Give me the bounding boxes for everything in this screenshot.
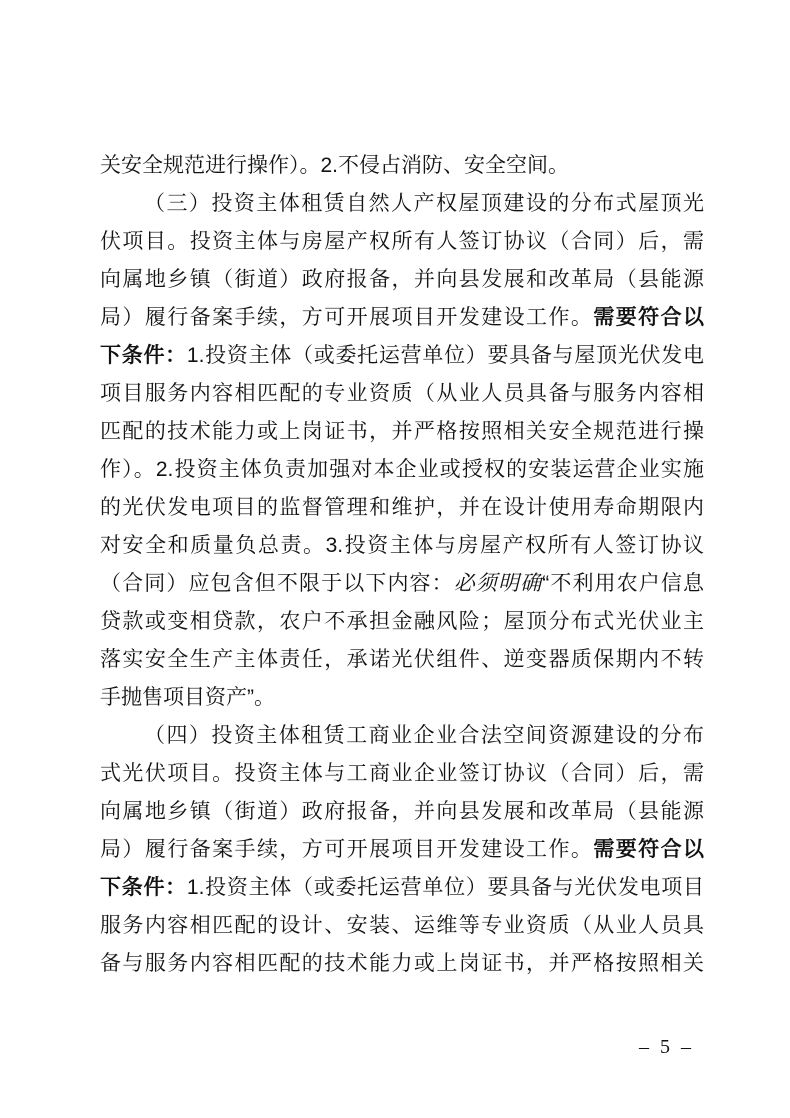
text-line: 服务内容相匹配的设计、安装、运维等专业资质（从业人员具 (100, 907, 704, 945)
text-line: 匹配的技术能力或上岗证书，并严格按照相关安全规范进行操 (100, 413, 704, 451)
page-number: – 5 – (639, 1036, 694, 1059)
text-segment: 1.投资主体（或委托运营单位）要具备与屋顶光伏发电 (187, 344, 704, 367)
text-segment: 式光伏项目。投资主体与工商业企业签订协议（合同）后，需 (100, 762, 704, 785)
text-segment: “不利用农户信息 (542, 572, 704, 595)
text-segment: 1.投资主体（或委托运营单位）要具备与光伏发电项目 (187, 876, 704, 899)
text-line: 向属地乡镇（街道）政府报备，并向县发展和改革局（县能源 (100, 793, 704, 831)
text-segment: 向属地乡镇（街道）政府报备，并向县发展和改革局（县能源 (100, 800, 704, 823)
text-line: 局）履行备案手续，方可开展项目开发建设工作。需要符合以 (100, 831, 704, 869)
text-line: （合同）应包含但不限于以下内容：必须明确“不利用农户信息 (100, 565, 704, 603)
text-segment: 项目服务内容相匹配的专业资质（从业人员具备与服务内容相 (100, 382, 704, 405)
text-segment: 对安全和质量负总责。3.投资主体与房屋产权所有人签订协议 (100, 534, 704, 557)
text-line: 对安全和质量负总责。3.投资主体与房屋产权所有人签订协议 (100, 527, 704, 565)
text-segment: 局）履行备案手续，方可开展项目开发建设工作。 (100, 306, 593, 329)
text-line: 备与服务内容相匹配的技术能力或上岗证书，并严格按照相关 (100, 945, 704, 983)
text-segment: 贷款或变相贷款，农户不承担金融风险；屋顶分布式光伏业主 (100, 610, 704, 633)
text-segment: 需要符合以 (593, 838, 704, 861)
text-segment: 手抛售项目资产”。 (100, 686, 275, 709)
text-segment: 向属地乡镇（街道）政府报备，并向县发展和改革局（县能源 (100, 268, 704, 291)
text-segment: 落实安全生产主体责任，承诺光伏组件、逆变器质保期内不转 (100, 648, 704, 671)
text-line: 手抛售项目资产”。 (100, 679, 704, 717)
document-lines: 关安全规范进行操作）。2.不侵占消防、安全空间。（三）投资主体租赁自然人产权屋顶… (100, 147, 704, 983)
text-line: 下条件：1.投资主体（或委托运营单位）要具备与光伏发电项目 (100, 869, 704, 907)
text-line: 项目服务内容相匹配的专业资质（从业人员具备与服务内容相 (100, 375, 704, 413)
text-line: 下条件：1.投资主体（或委托运营单位）要具备与屋顶光伏发电 (100, 337, 704, 375)
text-segment: 作）。2.投资主体负责加强对本企业或授权的安装运营企业实施 (100, 458, 704, 481)
text-segment: 服务内容相匹配的设计、安装、运维等专业资质（从业人员具 (100, 914, 704, 937)
document-page: 关安全规范进行操作）。2.不侵占消防、安全空间。（三）投资主体租赁自然人产权屋顶… (0, 0, 790, 1118)
text-line: 式光伏项目。投资主体与工商业企业签订协议（合同）后，需 (100, 755, 704, 793)
text-line: 落实安全生产主体责任，承诺光伏组件、逆变器质保期内不转 (100, 641, 704, 679)
text-segment: 必须明确 (454, 572, 542, 595)
text-segment: 备与服务内容相匹配的技术能力或上岗证书，并严格按照相关 (100, 952, 704, 975)
text-line: 向属地乡镇（街道）政府报备，并向县发展和改革局（县能源 (100, 261, 704, 299)
text-line: 作）。2.投资主体负责加强对本企业或授权的安装运营企业实施 (100, 451, 704, 489)
text-segment: 关安全规范进行操作）。2.不侵占消防、安全空间。 (100, 154, 569, 177)
text-line: （三）投资主体租赁自然人产权屋顶建设的分布式屋顶光 (100, 185, 704, 223)
text-segment: 需要符合以 (593, 306, 704, 329)
text-segment: 匹配的技术能力或上岗证书，并严格按照相关安全规范进行操 (100, 420, 704, 443)
text-segment: （四）投资主体租赁工商业企业合法空间资源建设的分布 (144, 724, 704, 747)
text-segment: （合同）应包含但不限于以下内容： (100, 572, 454, 595)
text-line: 伏项目。投资主体与房屋产权所有人签订协议（合同）后，需 (100, 223, 704, 261)
text-line: 局）履行备案手续，方可开展项目开发建设工作。需要符合以 (100, 299, 704, 337)
text-line: 贷款或变相贷款，农户不承担金融风险；屋顶分布式光伏业主 (100, 603, 704, 641)
text-segment: （三）投资主体租赁自然人产权屋顶建设的分布式屋顶光 (144, 192, 704, 215)
text-line: 关安全规范进行操作）。2.不侵占消防、安全空间。 (100, 147, 704, 185)
text-line: （四）投资主体租赁工商业企业合法空间资源建设的分布 (100, 717, 704, 755)
text-segment: 局）履行备案手续，方可开展项目开发建设工作。 (100, 838, 593, 861)
text-segment: 下条件： (100, 876, 187, 899)
text-segment: 下条件： (100, 344, 187, 367)
text-line: 的光伏发电项目的监督管理和维护，并在设计使用寿命期限内 (100, 489, 704, 527)
text-segment: 伏项目。投资主体与房屋产权所有人签订协议（合同）后，需 (100, 230, 704, 253)
text-segment: 的光伏发电项目的监督管理和维护，并在设计使用寿命期限内 (100, 496, 704, 519)
